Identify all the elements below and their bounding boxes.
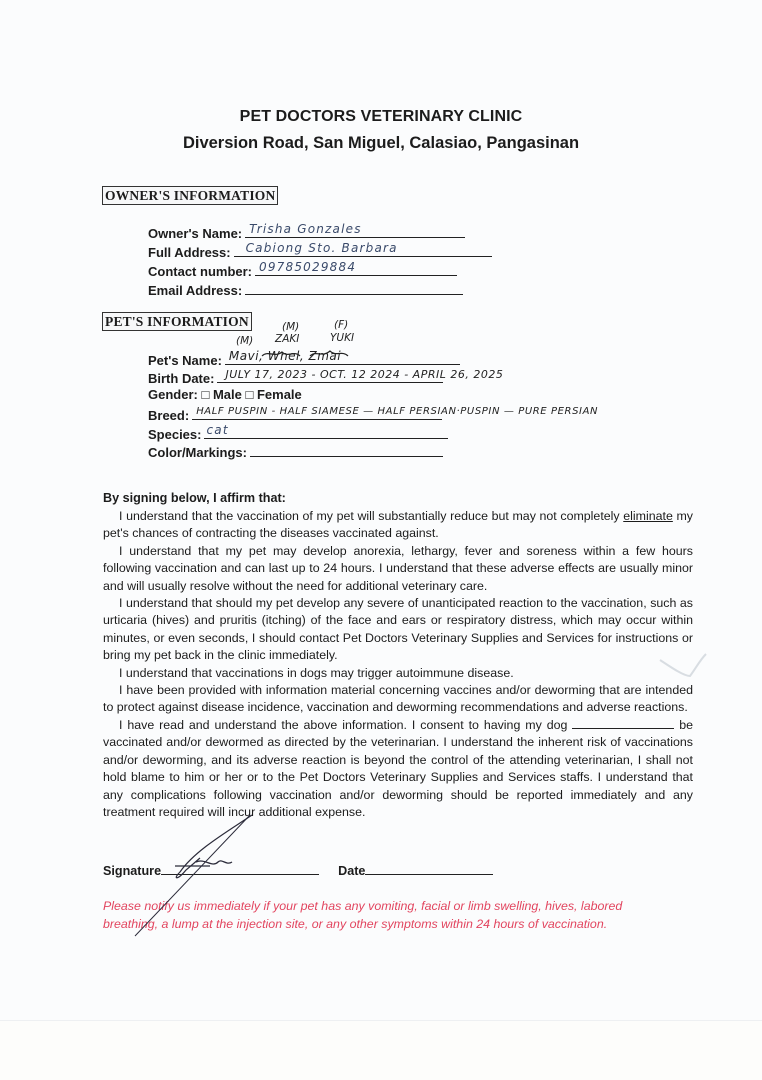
- pet-species-field[interactable]: Species:cat: [148, 424, 448, 443]
- affirmation-paragraph-2: I understand that my pet may develop ano…: [103, 543, 693, 595]
- pet-breed-value: HALF PUSPIN - HALF SIAMESE — HALF PERSIA…: [196, 403, 598, 420]
- pet-name-line[interactable]: Mavi, Wnel, Zmai: [225, 350, 460, 365]
- owner-contact-label: Contact number:: [148, 264, 252, 279]
- pet-birth-date-line[interactable]: JULY 17, 2023 - OCT. 12 2024 - APRIL 26,…: [217, 368, 443, 383]
- female-option-label: Female: [257, 387, 302, 402]
- owner-name-value: Trisha Gonzales: [249, 221, 362, 238]
- owner-name-label: Owner's Name:: [148, 226, 242, 241]
- affirmation-paragraph-1: I understand that the vaccination of my …: [103, 508, 693, 543]
- pet-name-value: Mavi, Wnel, Zmai: [229, 348, 341, 365]
- pet-name-annotation-1: (M): [282, 322, 299, 333]
- owner-section-title: OWNER'S INFORMATION: [102, 186, 278, 205]
- pet-birth-date-value: JULY 17, 2023 - OCT. 12 2024 - APRIL 26,…: [225, 366, 503, 383]
- affirmation-paragraph-4: I understand that vaccinations in dogs m…: [103, 665, 693, 682]
- underlined-word: eliminate: [623, 509, 673, 523]
- pet-name-annotation-0: (M): [236, 336, 253, 347]
- clinic-name: PET DOCTORS VETERINARY CLINIC: [0, 108, 762, 126]
- owner-contact-line[interactable]: 09785029884: [255, 261, 457, 276]
- owner-email-label: Email Address:: [148, 283, 242, 298]
- affirmation-paragraph-5: I have been provided with information ma…: [103, 682, 693, 717]
- signature-row: Signature Date: [103, 862, 493, 878]
- affirmation-paragraph-3: I understand that should my pet develop …: [103, 595, 693, 665]
- owner-address-value: Cabiong Sto. Barbara: [246, 240, 398, 257]
- pet-name-annotation-2: (F): [334, 320, 348, 331]
- owner-email-line[interactable]: [245, 280, 463, 295]
- pet-section-title: PET'S INFORMATION: [102, 312, 252, 331]
- clinic-address: Diversion Road, San Miguel, Calasiao, Pa…: [0, 134, 762, 153]
- owner-contact-field[interactable]: Contact number:09785029884: [148, 261, 457, 280]
- signature-line[interactable]: [161, 862, 319, 875]
- pet-birth-date-label: Birth Date:: [148, 371, 214, 386]
- affirmation-body: I understand that the vaccination of my …: [103, 508, 693, 821]
- pet-gender-label: Gender:: [148, 387, 198, 402]
- consent-paragraph: I have read and understand the above inf…: [103, 717, 693, 821]
- pet-name-label: Pet's Name:: [148, 353, 222, 368]
- male-checkbox[interactable]: □: [201, 387, 209, 402]
- paper-bottom-edge: [0, 1020, 762, 1080]
- pet-color-line[interactable]: [250, 442, 443, 457]
- pet-species-line[interactable]: cat: [204, 424, 448, 439]
- pet-breed-label: Breed:: [148, 408, 189, 423]
- dog-name-blank[interactable]: [572, 718, 674, 729]
- pet-breed-line[interactable]: HALF PUSPIN - HALF SIAMESE — HALF PERSIA…: [192, 405, 442, 420]
- pet-name-annotation-1-name: ZAKI: [275, 334, 299, 345]
- owner-name-line[interactable]: Trisha Gonzales: [245, 223, 465, 238]
- pet-name-struck: Wnel, Zmai: [268, 349, 341, 363]
- date-line[interactable]: [365, 862, 493, 875]
- owner-address-line[interactable]: Cabiong Sto. Barbara: [234, 242, 492, 257]
- female-checkbox[interactable]: □: [245, 387, 253, 402]
- pet-breed-field[interactable]: Breed:HALF PUSPIN - HALF SIAMESE — HALF …: [148, 405, 442, 424]
- pet-species-value: cat: [206, 422, 228, 439]
- pet-species-label: Species:: [148, 427, 201, 442]
- pet-gender-field: Gender: □ Male □ Female: [148, 386, 302, 403]
- owner-contact-value: 09785029884: [259, 259, 356, 276]
- pet-color-field[interactable]: Color/Markings:: [148, 442, 443, 461]
- pet-birth-date-field[interactable]: Birth Date:JULY 17, 2023 - OCT. 12 2024 …: [148, 368, 443, 387]
- male-option-label: Male: [213, 387, 242, 402]
- date-label: Date: [338, 864, 365, 878]
- vaccination-notice: Please notify us immediately if your pet…: [103, 897, 663, 933]
- pet-color-label: Color/Markings:: [148, 445, 247, 460]
- owner-address-label: Full Address:: [148, 245, 231, 260]
- signature-label: Signature: [103, 864, 161, 878]
- pet-name-annotation-2-name: YUKI: [330, 333, 354, 344]
- owner-email-field[interactable]: Email Address:: [148, 280, 463, 299]
- affirmation-title: By signing below, I affirm that:: [103, 491, 286, 505]
